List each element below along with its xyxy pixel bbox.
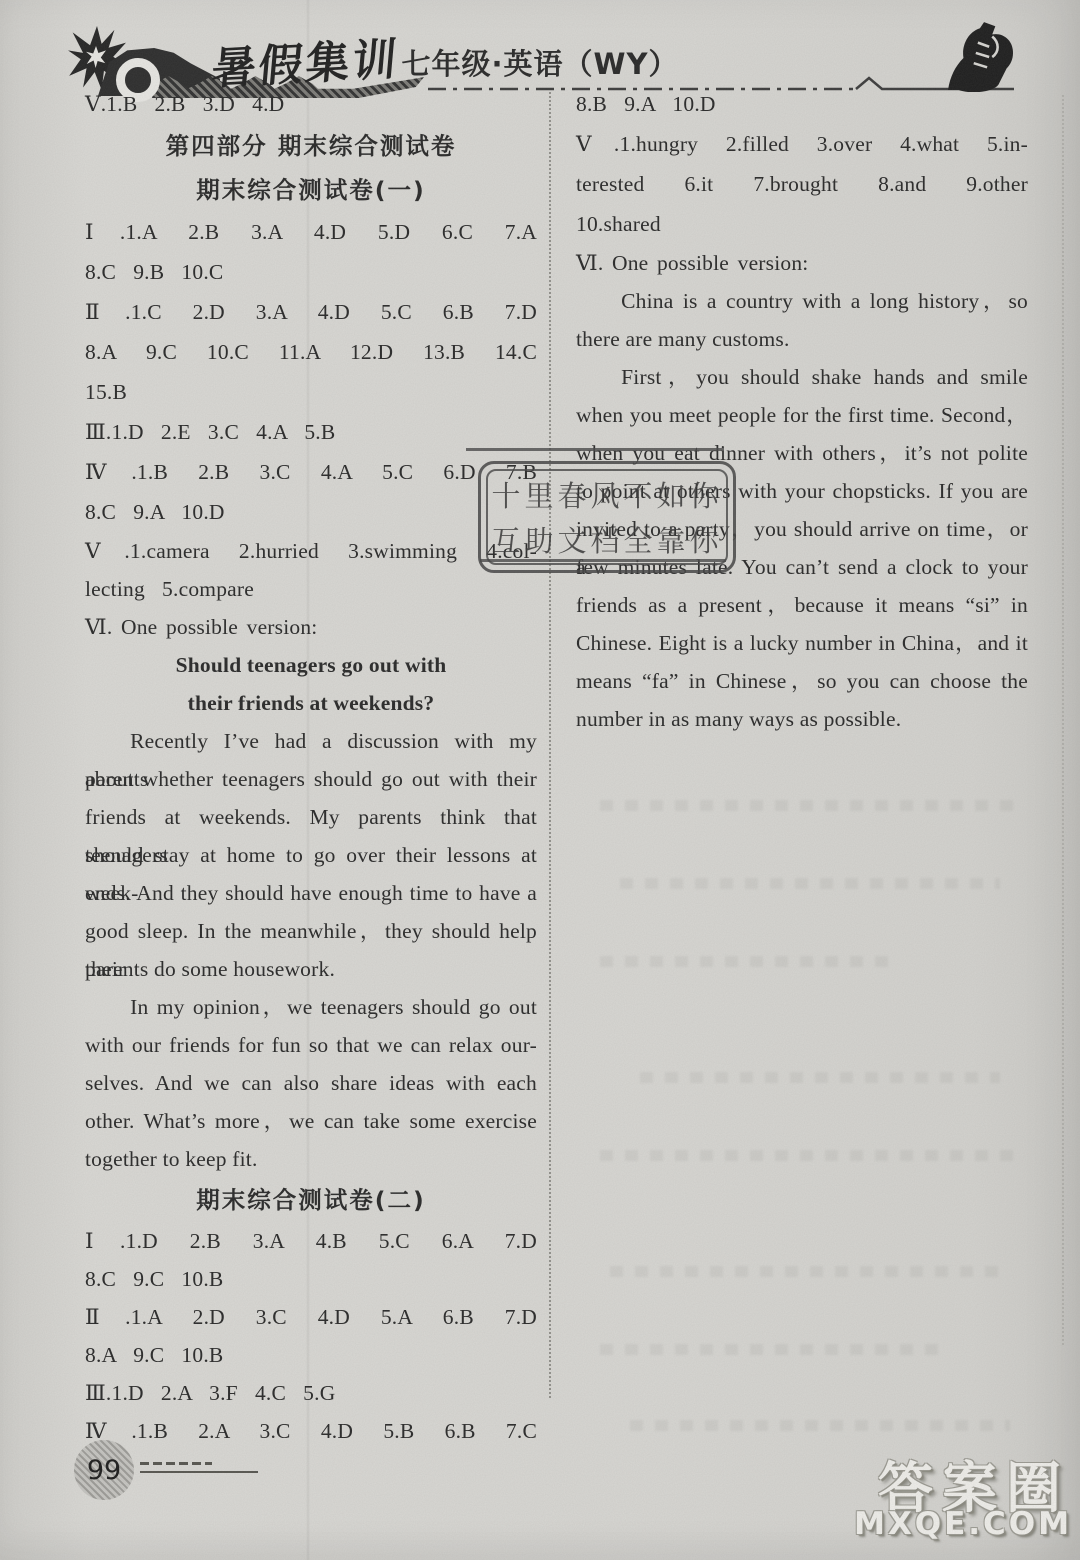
text-line: Ⅳ.1.B 2.A 3.C 4.D 5.B 6.B 7.C [85,1412,537,1450]
text-line: lecting 5.compare [85,570,537,608]
bleed-through [600,800,1020,811]
text-line: China is a country with a long history，s… [576,282,1028,320]
text-line: Ⅴ.1.B 2.B 3.D 4.D [85,84,537,124]
site-watermark: MXQE.COM [854,1506,1072,1542]
bleed-through [630,1420,1010,1431]
text-line: friends at weekends. My parents think th… [85,798,537,836]
page-number-badge: 99 [74,1440,134,1500]
text-line: 期末综合测试卷(二) [85,1178,537,1222]
bleed-through [600,956,900,967]
text-line: Ⅳ.1.B 2.B 3.C 4.A 5.C 6.D 7.B [85,452,537,492]
text-line: Recently I’ve had a discussion with my p… [85,722,537,760]
bleed-through [600,1344,940,1355]
text-line: number in as many ways as possible. [576,700,1028,738]
text-line: 8.C 9.B 10.C [85,252,537,292]
text-line: Ⅴ.1.camera 2.hurried 3.swimming 4.col- [85,532,537,570]
text-line: 10.shared [576,204,1028,244]
bleed-through [600,1150,1020,1161]
text-line: Ⅴ.1.hungry 2.filled 3.over 4.what 5.in- [576,124,1028,164]
text-line: 第四部分 期末综合测试卷 [85,124,537,168]
text-line: Ⅱ.1.A 2.D 3.C 4.D 5.A 6.B 7.D [85,1298,537,1336]
text-line: other. What’s more，we can take some exer… [85,1102,537,1140]
text-line: 8.B 9.A 10.D [576,84,1028,124]
text-line: Ⅰ.1.D 2.B 3.A 4.B 5.C 6.A 7.D [85,1222,537,1260]
column-divider [549,92,551,1398]
right-margin-line [1062,95,1064,1345]
text-line: when you meet people for the first time.… [576,396,1028,434]
text-line: means “fa” in Chinese，so you can choose … [576,662,1028,700]
text-line: In my opinion，we teenagers should go out [85,988,537,1026]
page-number-rule-line [140,1471,258,1473]
text-line: selves. And we can also share ideas with… [85,1064,537,1102]
text-line: with our friends for fun so that we can … [85,1026,537,1064]
text-line: Ⅱ.1.C 2.D 3.A 4.D 5.C 6.B 7.D [85,292,537,332]
text-line: their friends at weekends? [85,684,537,722]
fist-icon [946,20,1020,92]
text-line: 8.C 9.C 10.B [85,1260,537,1298]
text-line: good sleep. In the meanwhile，they should… [85,912,537,950]
left-column: Ⅴ.1.B 2.B 3.D 4.D第四部分 期末综合测试卷期末综合测试卷(一)Ⅰ… [85,84,537,1450]
text-line: friends as a present，because it means “s… [576,586,1028,624]
watermark-stamp: 十里春风不如你 互助文档全靠你 [478,461,736,573]
text-line: 15.B [85,372,537,412]
text-line: 8.C 9.A 10.D [85,492,537,532]
text-line: 期末综合测试卷(一) [85,168,537,212]
text-line: 8.A 9.C 10.B [85,1336,537,1374]
text-line: about whether teenagers should go out wi… [85,760,537,798]
text-line: Chinese. Eight is a lucky number in Chin… [576,624,1028,662]
text-line: Should teenagers go out with [85,646,537,684]
scanned-answer-page: 暑假集训 七年级·英语（WY） Ⅴ.1.B 2.B 3.D 4.D第四部分 期末… [0,0,1080,1560]
text-line: there are many customs. [576,320,1028,358]
stamp-strike-line-top [466,448,724,451]
text-line: should stay at home to go over their les… [85,836,537,874]
text-line: together to keep fit. [85,1140,537,1178]
text-line: terested 6.it 7.brought 8.and 9.other [576,164,1028,204]
text-line: 8.A 9.C 10.C 11.A 12.D 13.B 14.C [85,332,537,372]
stamp-text: 十里春风不如你 互助文档全靠你 [481,464,733,570]
text-line: Ⅵ. One possible version: [85,608,537,646]
stamp-line-2: 互助文档全靠你 [491,519,722,560]
text-line: ends. And they should have enough time t… [85,874,537,912]
right-column: 8.B 9.A 10.DⅤ.1.hungry 2.filled 3.over 4… [576,84,1028,738]
text-line: parents do some housework. [85,950,537,988]
text-line: Ⅵ. One possible version: [576,244,1028,282]
page-number-dash-line [140,1462,212,1465]
text-line: Ⅲ.1.D 2.E 3.C 4.A 5.B [85,412,537,452]
stamp-line-1: 十里春风不如你 [491,474,722,515]
bleed-through [620,878,1000,889]
bleed-through [640,1072,1000,1083]
bleed-through [610,1266,1010,1277]
text-line: First，you should shake hands and smile [576,358,1028,396]
text-line: Ⅲ.1.D 2.A 3.F 4.C 5.G [85,1374,537,1412]
text-line: Ⅰ.1.A 2.B 3.A 4.D 5.D 6.C 7.A [85,212,537,252]
